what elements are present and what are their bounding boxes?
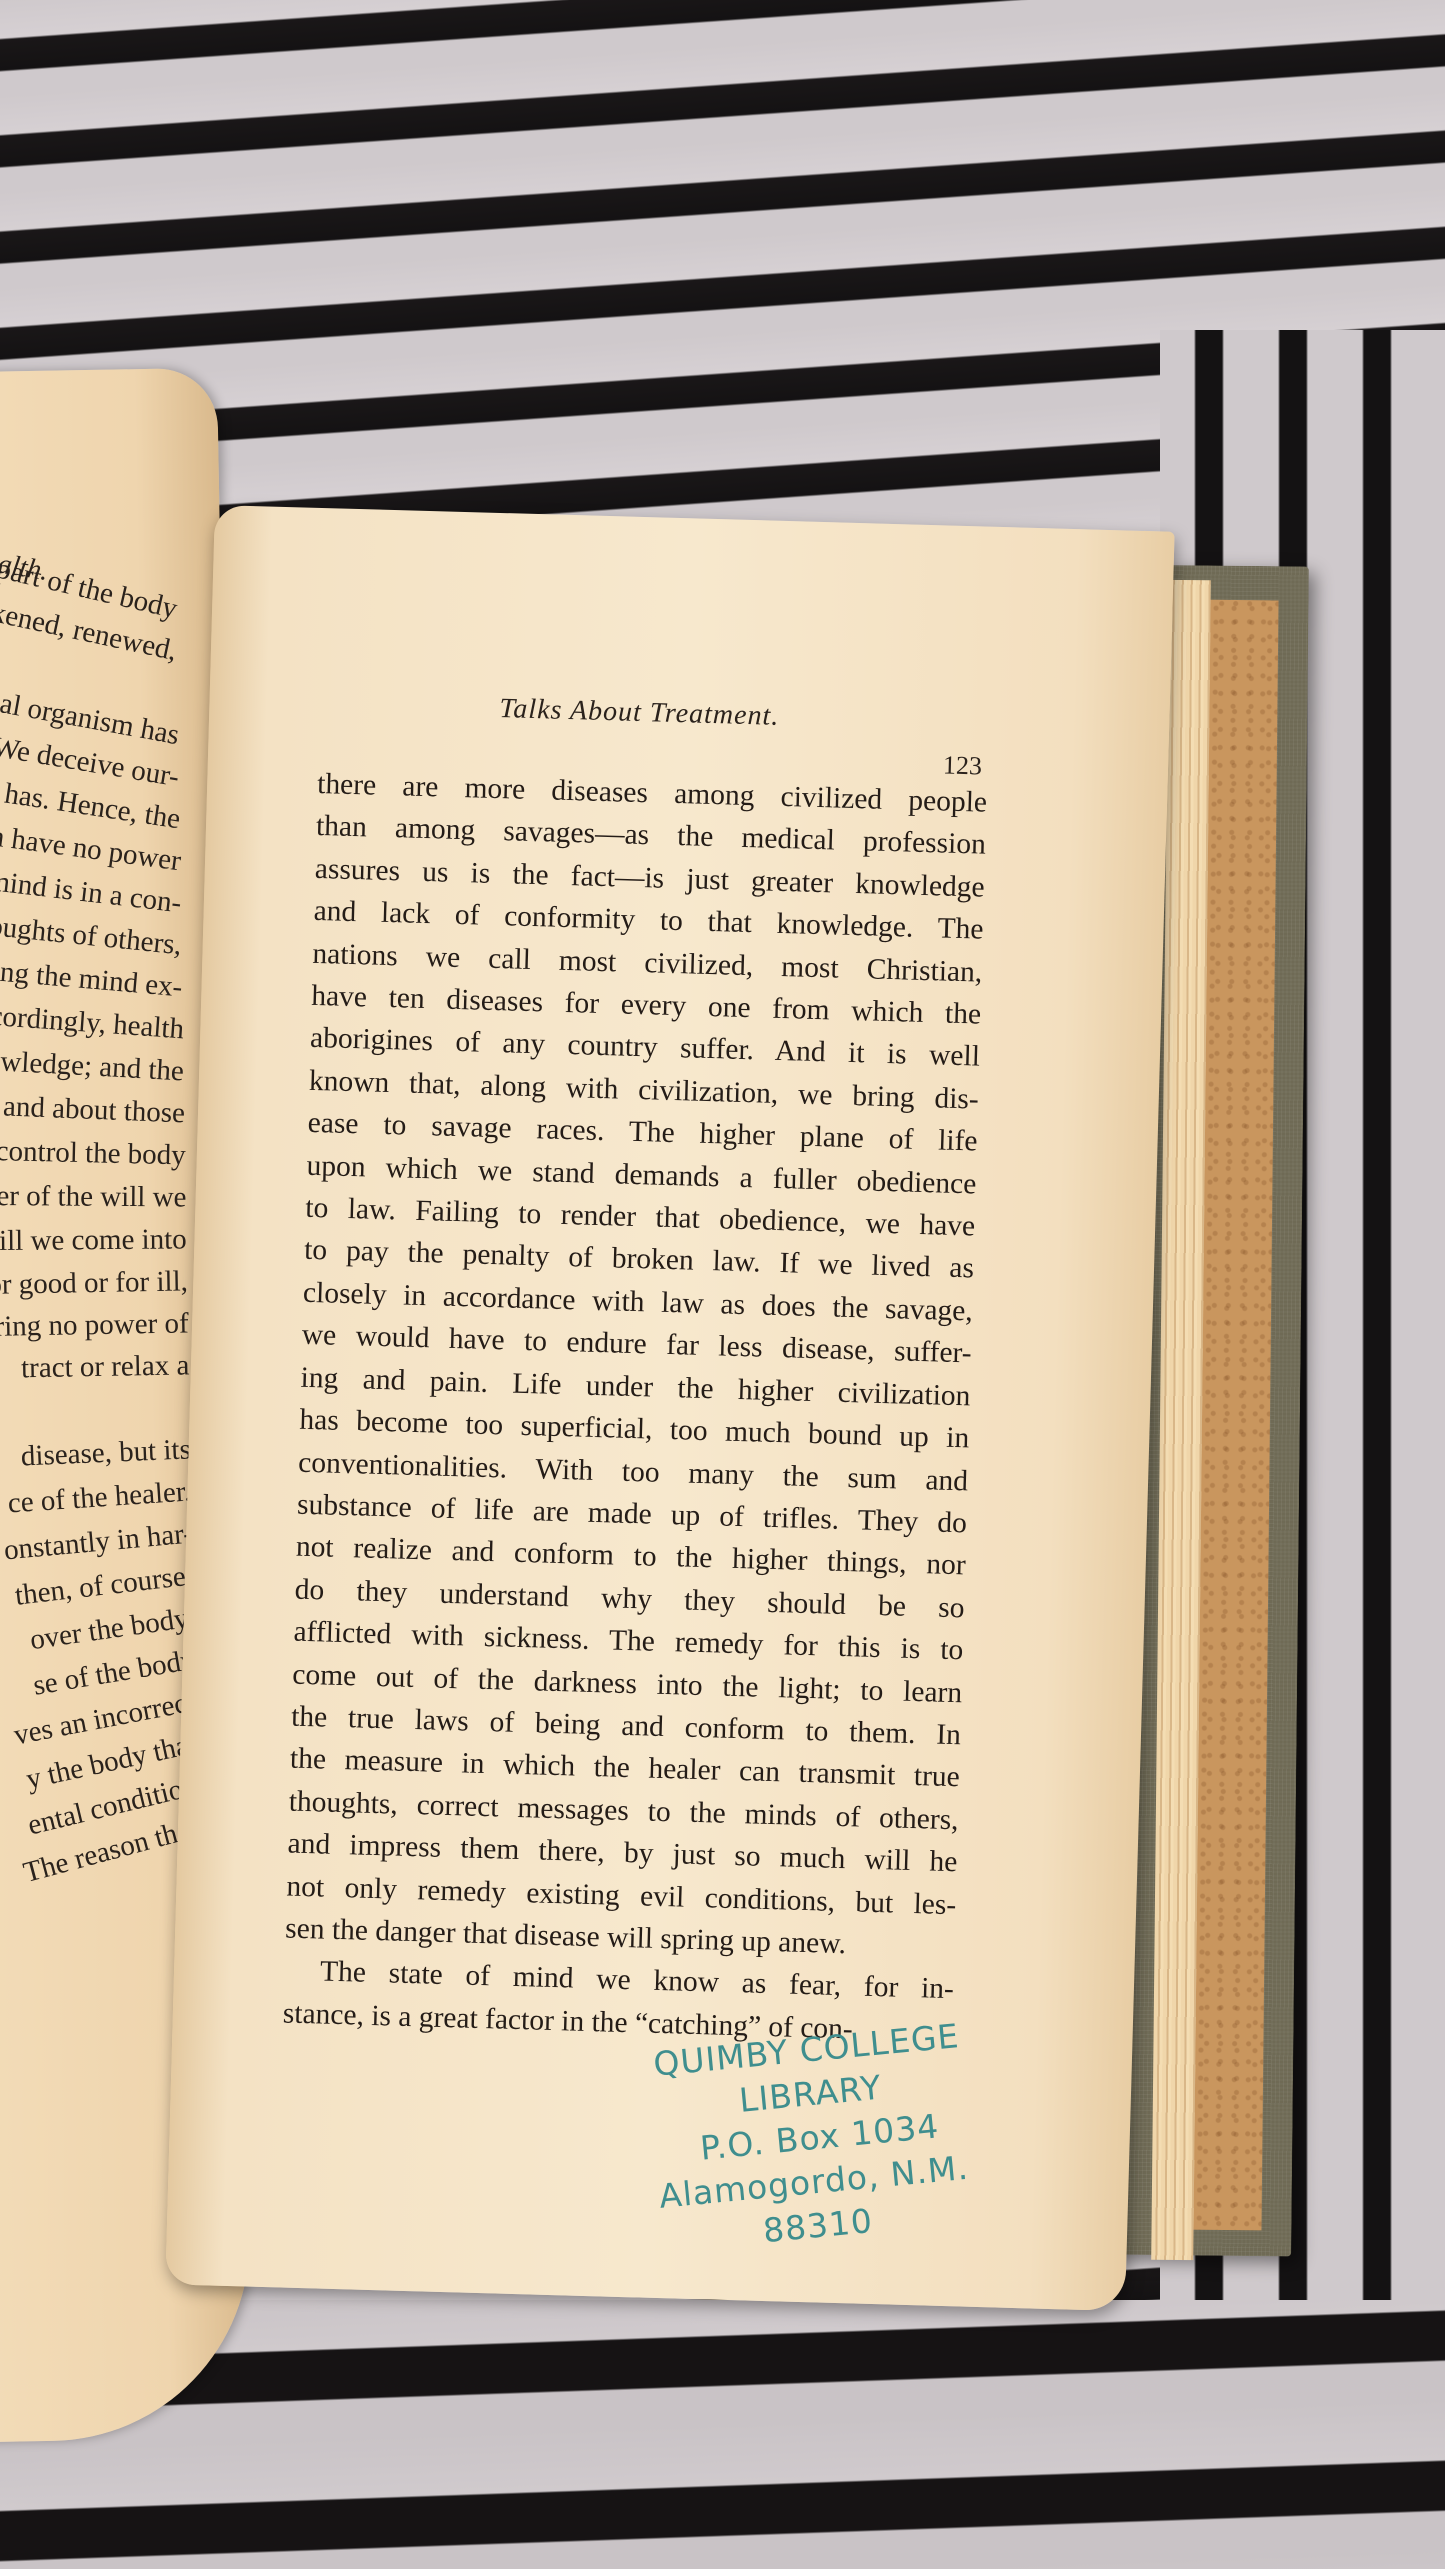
left-text-line: er of the will we: [0, 1180, 187, 1214]
left-text-line: or good or for ill,: [0, 1265, 188, 1301]
library-stamp: QUIMBY COLLEGE LIBRARY P.O. Box 1034 Ala…: [620, 2010, 1019, 2265]
left-text-line: ring the mind ex-: [0, 954, 184, 1004]
page-body-text: there are more diseases among civilized …: [282, 763, 987, 2053]
left-text-line: and about those: [2, 1090, 185, 1130]
left-text-line: control the body: [0, 1135, 186, 1172]
left-text-line: tract or relax a: [21, 1349, 190, 1385]
left-text-line: ccordingly, health: [0, 999, 185, 1046]
left-text-line: onstantly in har-: [2, 1517, 194, 1567]
running-head: Talks About Treatment.: [499, 693, 780, 733]
left-text-line: will we come into: [0, 1223, 187, 1258]
page-number: 123: [943, 750, 983, 781]
left-text-line: wledge; and the: [0, 1046, 185, 1089]
left-text-line: disease, but its: [20, 1433, 191, 1473]
left-text-line: ce of the healer.: [7, 1475, 192, 1520]
left-text-line: ring no power of: [0, 1307, 189, 1343]
right-page: Talks About Treatment. 123 there are mor…: [165, 505, 1174, 2311]
